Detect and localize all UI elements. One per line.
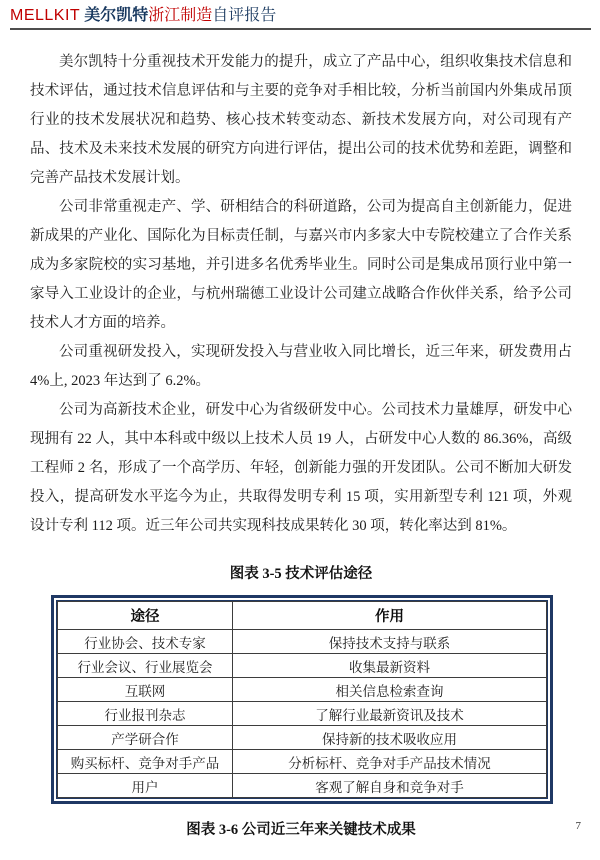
next-figure-caption: 图表 3-6 公司近三年来关键技术成果 xyxy=(30,818,572,839)
table-row: 互联网 相关信息检索查询 xyxy=(58,678,547,702)
report-title-brandmark: 浙江制造 xyxy=(148,7,212,24)
cell-way: 用户 xyxy=(58,774,233,798)
cell-way: 行业协会、技术专家 xyxy=(58,630,233,654)
tech-evaluation-table-frame: 途径 作用 行业协会、技术专家 保持技术支持与联系 行业会议、行业展览会 收集最… xyxy=(56,600,548,799)
page-header: MELLKIT 美尔凯特浙江制造自评报告 xyxy=(10,6,591,30)
cell-way: 行业会议、行业展览会 xyxy=(58,654,233,678)
document-body: 美尔凯特十分重视技术开发能力的提升，成立了产品中心，组织收集技术信息和技术评估，… xyxy=(30,48,572,839)
column-header-way: 途径 xyxy=(58,602,233,630)
brand-logo-en: MELLKIT xyxy=(10,7,80,24)
table-row: 产学研合作 保持新的技术吸收应用 xyxy=(58,726,547,750)
report-page: MELLKIT 美尔凯特浙江制造自评报告 美尔凯特十分重视技术开发能力的提升，成… xyxy=(0,0,600,860)
table-row: 用户 客观了解自身和竞争对手 xyxy=(58,774,547,798)
paragraph-industry-university-research: 公司非常重视走产、学、研相结合的科研道路，公司为提高自主创新能力，促进新成果的产… xyxy=(30,193,572,338)
table-header-row: 途径 作用 xyxy=(58,602,547,630)
brand-logo-cn: 美尔凯特 xyxy=(84,7,148,24)
cell-function: 客观了解自身和竞争对手 xyxy=(233,774,547,798)
paragraph-rd-investment: 公司重视研发投入，实现研发投入与营业收入同比增长，近三年来，研发费用占 4%上,… xyxy=(30,338,572,396)
cell-function: 收集最新资料 xyxy=(233,654,547,678)
paragraph-hightech-enterprise: 公司为高新技术企业，研发中心为省级研发中心。公司技术力量雄厚，研发中心现拥有 2… xyxy=(30,396,572,541)
cell-way: 互联网 xyxy=(58,678,233,702)
paragraph-tech-development: 美尔凯特十分重视技术开发能力的提升，成立了产品中心，组织收集技术信息和技术评估，… xyxy=(30,48,572,193)
column-header-function: 作用 xyxy=(233,602,547,630)
cell-way: 产学研合作 xyxy=(58,726,233,750)
tech-evaluation-table: 途径 作用 行业协会、技术专家 保持技术支持与联系 行业会议、行业展览会 收集最… xyxy=(57,601,547,798)
table-row: 购买标杆、竞争对手产品 分析标杆、竞争对手产品技术情况 xyxy=(58,750,547,774)
table-row: 行业报刊杂志 了解行业最新资讯及技术 xyxy=(58,702,547,726)
table-title: 图表 3-5 技术评估途径 xyxy=(30,562,572,583)
cell-way: 行业报刊杂志 xyxy=(58,702,233,726)
table-row: 行业协会、技术专家 保持技术支持与联系 xyxy=(58,630,547,654)
page-number: 7 xyxy=(576,820,582,832)
report-title-suffix: 自评报告 xyxy=(212,7,276,24)
cell-function: 了解行业最新资讯及技术 xyxy=(233,702,547,726)
cell-function: 分析标杆、竞争对手产品技术情况 xyxy=(233,750,547,774)
cell-function: 保持技术支持与联系 xyxy=(233,630,547,654)
cell-way: 购买标杆、竞争对手产品 xyxy=(58,750,233,774)
cell-function: 相关信息检索查询 xyxy=(233,678,547,702)
table-row: 行业会议、行业展览会 收集最新资料 xyxy=(58,654,547,678)
cell-function: 保持新的技术吸收应用 xyxy=(233,726,547,750)
